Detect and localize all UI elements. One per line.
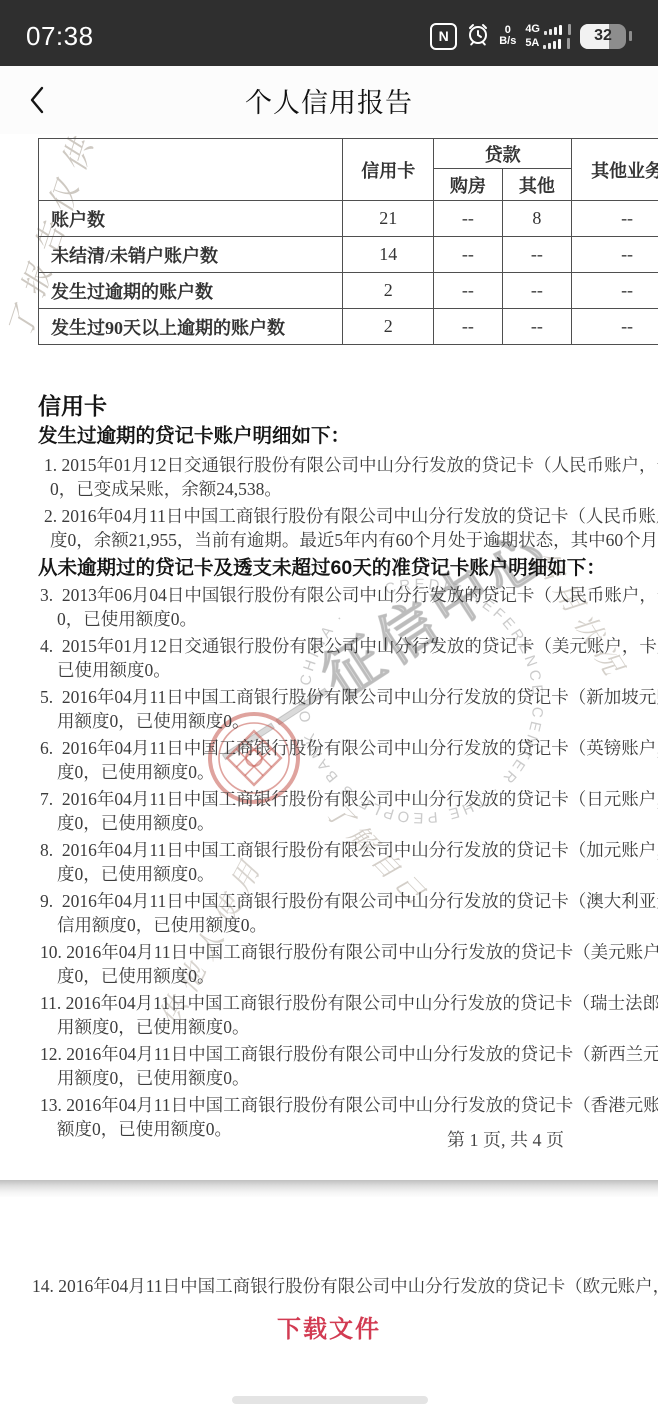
normal-account-list: 3. 2013年06月04日中国银行股份有限公司中山分行发放的贷记卡（人民币账户…	[40, 583, 658, 1141]
table-row: 发生过逾期的账户数 2 -- -- --	[39, 273, 658, 309]
signal-indicator: 4G 5A	[525, 23, 571, 49]
phone-screen: 07:38 N 0 B/s 4G	[0, 0, 658, 1416]
table-row: 账户数 21 -- 8 --	[39, 201, 658, 237]
section-title-credit-card: 信用卡	[38, 391, 658, 421]
status-bar: 07:38 N 0 B/s 4G	[0, 0, 658, 66]
overdue-account-list: 1. 2015年01月12日交通银行股份有限公司中山分行发放的贷记卡（人民币账户…	[44, 453, 658, 552]
account-summary-table: 信用卡 贷款 其他业务 购房 其他 账户数 21 -- 8 -- 未结清/未销户…	[38, 138, 658, 345]
col-header-other: 其他	[502, 169, 572, 201]
status-icons: N 0 B/s 4G 5A	[430, 22, 632, 51]
list-item: 13. 2016年04月11日中国工商银行股份有限公司中山分行发放的贷记卡（香港…	[40, 1093, 658, 1141]
list-item: 7. 2016年04月11日中国工商银行股份有限公司中山分行发放的贷记卡（日元账…	[40, 787, 658, 835]
signal-bars-icon	[544, 25, 562, 35]
never-overdue-accounts-heading: 从未逾期过的贷记卡及透支未超过60天的准贷记卡账户明细如下：	[38, 555, 658, 581]
list-item: 2. 2016年04月11日中国工商银行股份有限公司中山分行发放的贷记卡（人民币…	[44, 504, 658, 552]
page-number: 第 1 页, 共 4 页	[447, 1126, 564, 1152]
table-row: 发生过90天以上逾期的账户数 2 -- -- --	[39, 309, 658, 345]
alarm-icon	[466, 22, 490, 51]
list-item: 9. 2016年04月11日中国工商银行股份有限公司中山分行发放的贷记卡（澳大利…	[40, 889, 658, 937]
report-content: 信用卡 贷款 其他业务 购房 其他 账户数 21 -- 8 -- 未结清/未销户…	[0, 138, 658, 1141]
table-row: 未结清/未销户账户数 14 -- -- --	[39, 237, 658, 273]
list-item: 6. 2016年04月11日中国工商银行股份有限公司中山分行发放的贷记卡（英镑账…	[40, 736, 658, 784]
list-item: 10. 2016年04月11日中国工商银行股份有限公司中山分行发放的贷记卡（美元…	[40, 940, 658, 988]
list-item: 3. 2013年06月04日中国银行股份有限公司中山分行发放的贷记卡（人民币账户…	[40, 583, 658, 631]
col-header-credit-card: 信用卡	[343, 139, 434, 201]
signal-bars-icon	[543, 39, 561, 49]
battery-percent: 32	[580, 24, 626, 49]
download-file-button[interactable]: 下载文件	[0, 1309, 658, 1344]
list-item: 5. 2016年04月11日中国工商银行股份有限公司中山分行发放的贷记卡（新加坡…	[40, 685, 658, 733]
col-header-loans: 贷款	[434, 139, 572, 169]
list-item: 12. 2016年04月11日中国工商银行股份有限公司中山分行发放的贷记卡（新西…	[40, 1042, 658, 1090]
overdue-accounts-heading: 发生过逾期的贷记卡账户明细如下：	[38, 423, 658, 449]
nav-bar: 个人信用报告	[0, 66, 658, 134]
report-page-2: 14. 2016年04月11日中国工商银行股份有限公司中山分行发放的贷记卡（欧元…	[0, 1197, 658, 1416]
list-item: 1. 2015年01月12日交通银行股份有限公司中山分行发放的贷记卡（人民币账户…	[44, 453, 658, 501]
signal-bar-ext-icon	[568, 24, 571, 35]
home-indicator[interactable]	[232, 1396, 428, 1404]
col-header-house: 购房	[434, 169, 503, 201]
network-speed-indicator: 0 B/s	[499, 25, 516, 47]
page-separator	[0, 1180, 658, 1197]
signal-bar-ext-icon	[567, 38, 570, 49]
list-item: 11. 2016年04月11日中国工商银行股份有限公司中山分行发放的贷记卡（瑞士…	[40, 991, 658, 1039]
sim1-signal: 4G	[525, 23, 571, 35]
sim2-signal: 5A	[525, 37, 571, 49]
page-title: 个人信用报告	[0, 66, 658, 134]
list-item: 8. 2016年04月11日中国工商银行股份有限公司中山分行发放的贷记卡（加元账…	[40, 838, 658, 886]
col-header-other-business: 其他业务	[572, 139, 658, 201]
nfc-icon: N	[430, 23, 457, 50]
list-item: 4. 2015年01月12日交通银行股份有限公司中山分行发放的贷记卡（美元账户，…	[40, 634, 658, 682]
clock-time: 07:38	[26, 21, 94, 52]
report-page-1: 了报告仅供 信用状况 了解自己 供他人使用 ——征信中心 CREDIT REFE…	[0, 134, 658, 1180]
battery-icon: 32	[580, 24, 626, 49]
table-corner-cell	[39, 139, 343, 201]
battery-tip	[629, 31, 632, 41]
list-item: 14. 2016年04月11日中国工商银行股份有限公司中山分行发放的贷记卡（欧元…	[32, 1274, 658, 1298]
